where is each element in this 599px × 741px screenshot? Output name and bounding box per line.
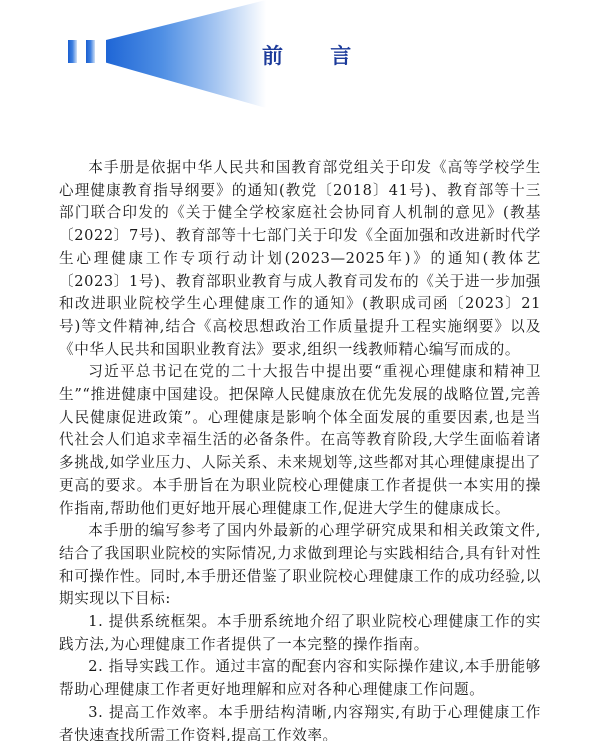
page-title: 前 言	[262, 40, 371, 70]
paragraph-background: 习近平总书记在党的二十大报告中提出要“重视心理健康和精神卫生”“推进健康中国建设…	[59, 361, 541, 520]
page-header: 前 言	[0, 0, 599, 120]
goal-item-2: 2. 指导实践工作。通过丰富的配套内容和实际操作建议,本手册能够帮助心理健康工作…	[59, 656, 541, 701]
decorative-bar-icon	[68, 40, 77, 63]
paragraph-basis: 本手册是依据中华人民共和国教育部党组关于印发《高等学校学生心理健康教育指导纲要》…	[59, 157, 541, 361]
light-beam-decoration	[106, 0, 266, 108]
goal-item-1: 1. 提供系统框架。本手册系统地介绍了职业院校心理健康工作的实践方法,为心理健康…	[59, 611, 541, 656]
decorative-bar-icon	[86, 40, 95, 63]
paragraph-goals-intro: 本手册的编写参考了国内外最新的心理学研究成果和相关政策文件,结合了我国职业院校的…	[59, 520, 541, 611]
preface-body: 本手册是依据中华人民共和国教育部党组关于印发《高等学校学生心理健康教育指导纲要》…	[59, 157, 541, 741]
goal-item-3: 3. 提高工作效率。本手册结构清晰,内容翔实,有助于心理健康工作者快速查找所需工…	[59, 702, 541, 741]
